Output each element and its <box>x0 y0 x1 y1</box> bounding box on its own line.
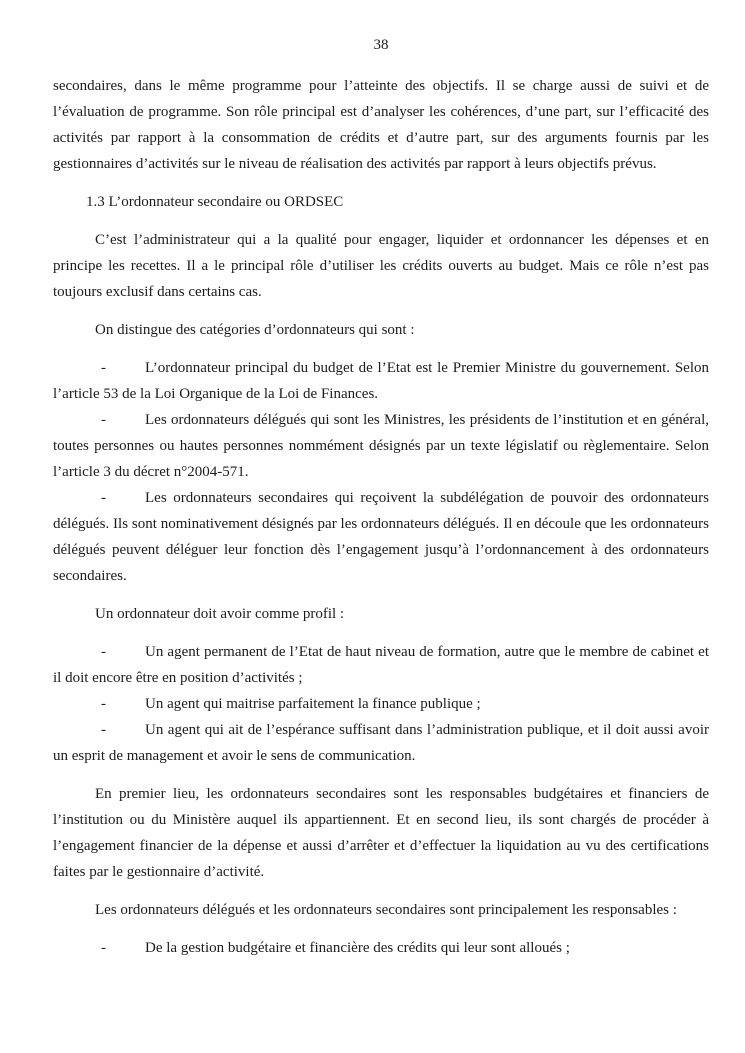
list-item: -Un agent qui maitrise parfaitement la f… <box>53 691 709 717</box>
list-item: -Les ordonnateurs délégués qui sont les … <box>53 407 709 485</box>
responsables-list: -De la gestion budgétaire et financière … <box>53 935 709 961</box>
paragraph-categories-lead: On distingue des catégories d’ordonnateu… <box>53 317 709 343</box>
bullet-dash: - <box>101 407 145 433</box>
profil-list: -Un agent permanent de l’Etat de haut ni… <box>53 639 709 769</box>
list-item-text: Les ordonnateurs délégués qui sont les M… <box>53 412 709 480</box>
list-item: -Un agent permanent de l’Etat de haut ni… <box>53 639 709 691</box>
categories-list: -L’ordonnateur principal du budget de l’… <box>53 355 709 589</box>
list-item-text: Les ordonnateurs secondaires qui reçoive… <box>53 490 709 584</box>
list-item-text: L’ordonnateur principal du budget de l’E… <box>53 360 709 402</box>
paragraph-responsables-lead: Les ordonnateurs délégués et les ordonna… <box>53 897 709 923</box>
list-item-text: Un agent qui maitrise parfaitement la fi… <box>145 696 481 712</box>
paragraph-ordsec-intro: C’est l’administrateur qui a la qualité … <box>53 227 709 305</box>
document-page: 38 secondaires, dans le même programme p… <box>0 0 745 1053</box>
bullet-dash: - <box>101 639 145 665</box>
bullet-dash: - <box>101 717 145 743</box>
list-item: -De la gestion budgétaire et financière … <box>53 935 709 961</box>
list-item-text: De la gestion budgétaire et financière d… <box>145 940 570 956</box>
bullet-dash: - <box>101 935 145 961</box>
bullet-dash: - <box>101 355 145 381</box>
list-item-text: Un agent permanent de l’Etat de haut niv… <box>53 644 709 686</box>
paragraph-continuation: secondaires, dans le même programme pour… <box>53 73 709 177</box>
bullet-dash: - <box>101 485 145 511</box>
list-item-text: Un agent qui ait de l’espérance suffisan… <box>53 722 709 764</box>
bullet-dash: - <box>101 691 145 717</box>
page-number: 38 <box>53 32 709 58</box>
paragraph-profil-lead: Un ordonnateur doit avoir comme profil : <box>53 601 709 627</box>
list-item: -Les ordonnateurs secondaires qui reçoiv… <box>53 485 709 589</box>
section-heading-1-3: 1.3 L’ordonnateur secondaire ou ORDSEC <box>53 189 709 215</box>
list-item: -Un agent qui ait de l’espérance suffisa… <box>53 717 709 769</box>
list-item: -L’ordonnateur principal du budget de l’… <box>53 355 709 407</box>
paragraph-responsabilites: En premier lieu, les ordonnateurs second… <box>53 781 709 885</box>
